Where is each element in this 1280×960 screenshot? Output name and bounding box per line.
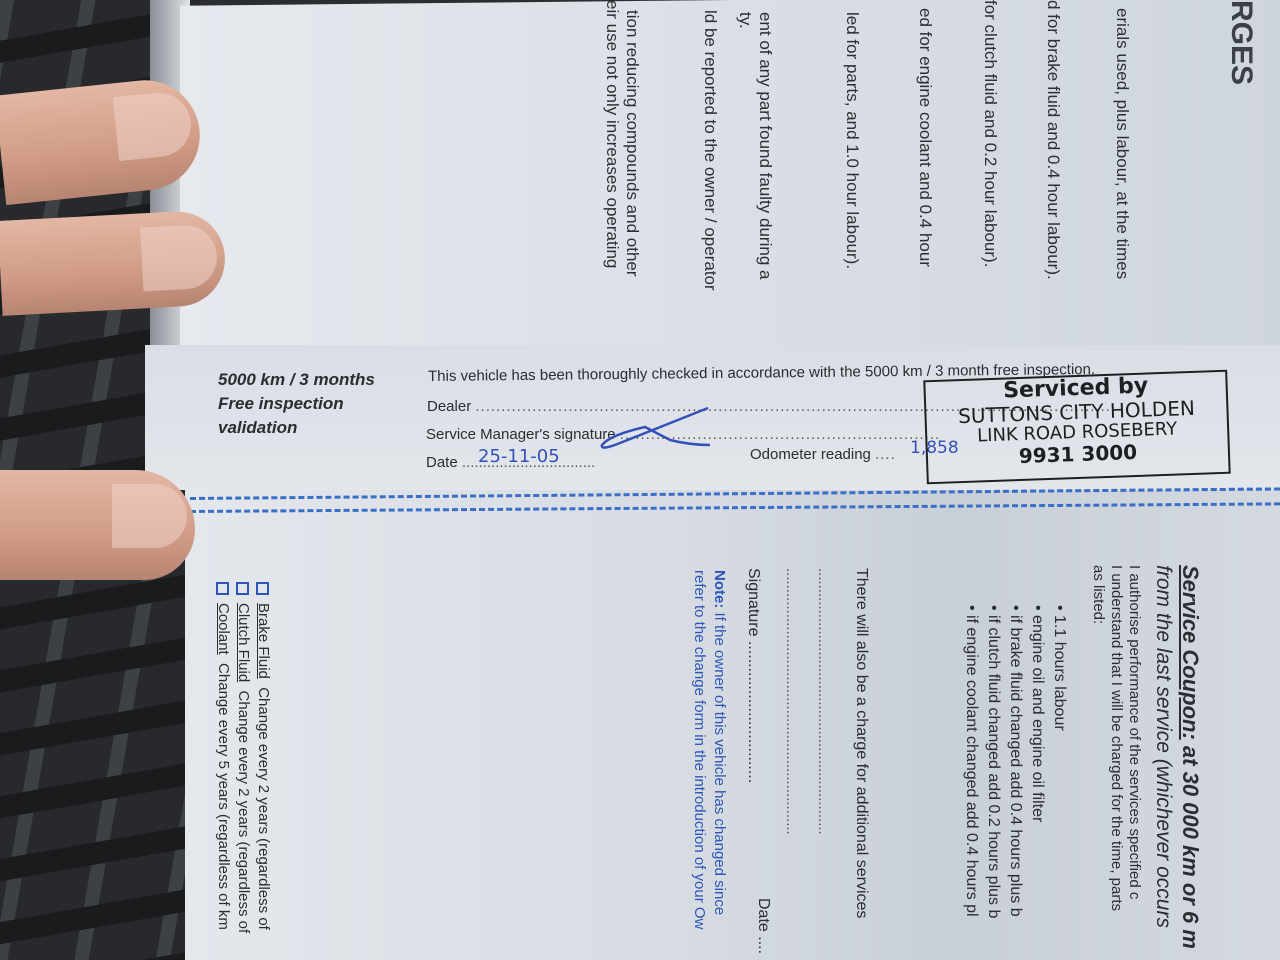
validation-title-line: Free inspection <box>218 392 375 416</box>
finger <box>0 209 227 316</box>
authorise-line: I authorise performance of the services … <box>1126 565 1143 899</box>
checkbox-icon[interactable] <box>216 582 229 595</box>
top-page-line: ed for engine coolant and 0.4 hour <box>915 8 935 267</box>
thumb <box>0 470 195 580</box>
fingernail <box>140 224 218 292</box>
checkbox-icon[interactable] <box>256 582 269 595</box>
handwritten-signature <box>590 405 710 455</box>
top-page-header-fragment: RGES <box>1224 0 1258 85</box>
note-text: If the owner of this vehicle has changed… <box>711 608 728 915</box>
top-page-line: led for parts, and 1.0 hour labour). <box>842 12 862 269</box>
checklist-item-coolant[interactable]: Coolant Change every 5 years (regardless… <box>215 582 232 930</box>
top-page-line: erials used, plus labour, at the times <box>1112 8 1132 279</box>
dealer-stamp: Serviced by SUTTONS CITY HOLDEN LINK ROA… <box>923 370 1230 485</box>
checklist-text: Change every 2 years (regardless of <box>255 687 272 930</box>
service-coupon-title: Service Coupon: at 30 000 km or 6 m <box>1177 565 1203 949</box>
checklist-label: Brake Fluid <box>255 603 272 679</box>
top-page-line: tion reducing compounds and other <box>622 10 642 277</box>
signature-line[interactable]: Signature ..............................… <box>744 568 762 783</box>
checklist-item-brake-fluid[interactable]: Brake Fluid Change every 2 years (regard… <box>255 582 272 930</box>
fingernail <box>112 484 187 548</box>
checkbox-icon[interactable] <box>236 582 249 595</box>
bullet-item: • if engine coolant changed add 0.4 hour… <box>962 605 980 917</box>
service-coupon-subtitle: from the last service (whichever occurs <box>1151 565 1175 928</box>
odometer-dots: .... <box>875 446 896 463</box>
validation-title: 5000 km / 3 months Free inspection valid… <box>218 368 375 440</box>
bullet-item: • 1.1 hours labour <box>1050 605 1068 731</box>
dealer-label: Dealer <box>427 398 471 415</box>
owner-change-note-line2: refer to the change form in the introduc… <box>691 570 708 929</box>
authorise-line: I understand that I will be charged for … <box>1108 565 1125 911</box>
additional-services-line[interactable]: ........................................… <box>815 568 832 835</box>
top-page-line: for clutch fluid and 0.2 hour labour). <box>980 0 1000 267</box>
date-label: Date <box>426 454 458 471</box>
fingernail <box>113 90 194 161</box>
checklist-label: Clutch Fluid <box>235 603 252 682</box>
signature-label: Service Manager's signature <box>426 426 616 443</box>
validation-title-line: 5000 km / 3 months <box>218 368 375 392</box>
top-page-line: eir use not only increases operating <box>602 0 622 268</box>
additional-services-line[interactable]: ........................................… <box>783 568 800 835</box>
bullet-item: • if brake fluid changed add 0.4 hours p… <box>1006 605 1024 917</box>
note-label: Note: <box>711 570 728 608</box>
checklist-label: Coolant <box>215 603 232 655</box>
owner-change-note: Note: If the owner of this vehicle has c… <box>711 570 728 915</box>
bullet-item: • if clutch fluid changed add 0.2 hours … <box>984 605 1002 918</box>
authorise-line: as listed: <box>1090 565 1107 624</box>
top-page-line: ty. <box>735 12 755 29</box>
handwritten-date: 25-11-05 <box>478 446 560 467</box>
top-page-line: d for brake fluid and 0.4 hour labour). <box>1043 0 1063 280</box>
coupon-title-label: Service Coupon: <box>1178 565 1203 740</box>
top-page-line: ent of any part found faulty during a <box>755 12 775 279</box>
additional-services-text: There will also be a charge for addition… <box>852 568 870 918</box>
odometer-field[interactable]: Odometer reading .... <box>750 446 896 463</box>
bullet-item: • engine oil and engine oil filter <box>1028 605 1046 822</box>
date-line[interactable]: Date .... <box>754 898 772 954</box>
checklist-text: Change every 2 years (regardless of <box>235 691 252 934</box>
coupon-title-interval: at 30 000 km or 6 m <box>1178 740 1203 949</box>
top-page-line: ld be reported to the owner / operator <box>700 10 720 291</box>
odometer-label: Odometer reading <box>750 446 871 463</box>
validation-title-line: validation <box>218 416 375 440</box>
checklist-text: Change every 5 years (regardless of km <box>215 663 232 930</box>
checklist-item-clutch-fluid[interactable]: Clutch Fluid Change every 2 years (regar… <box>235 582 252 933</box>
